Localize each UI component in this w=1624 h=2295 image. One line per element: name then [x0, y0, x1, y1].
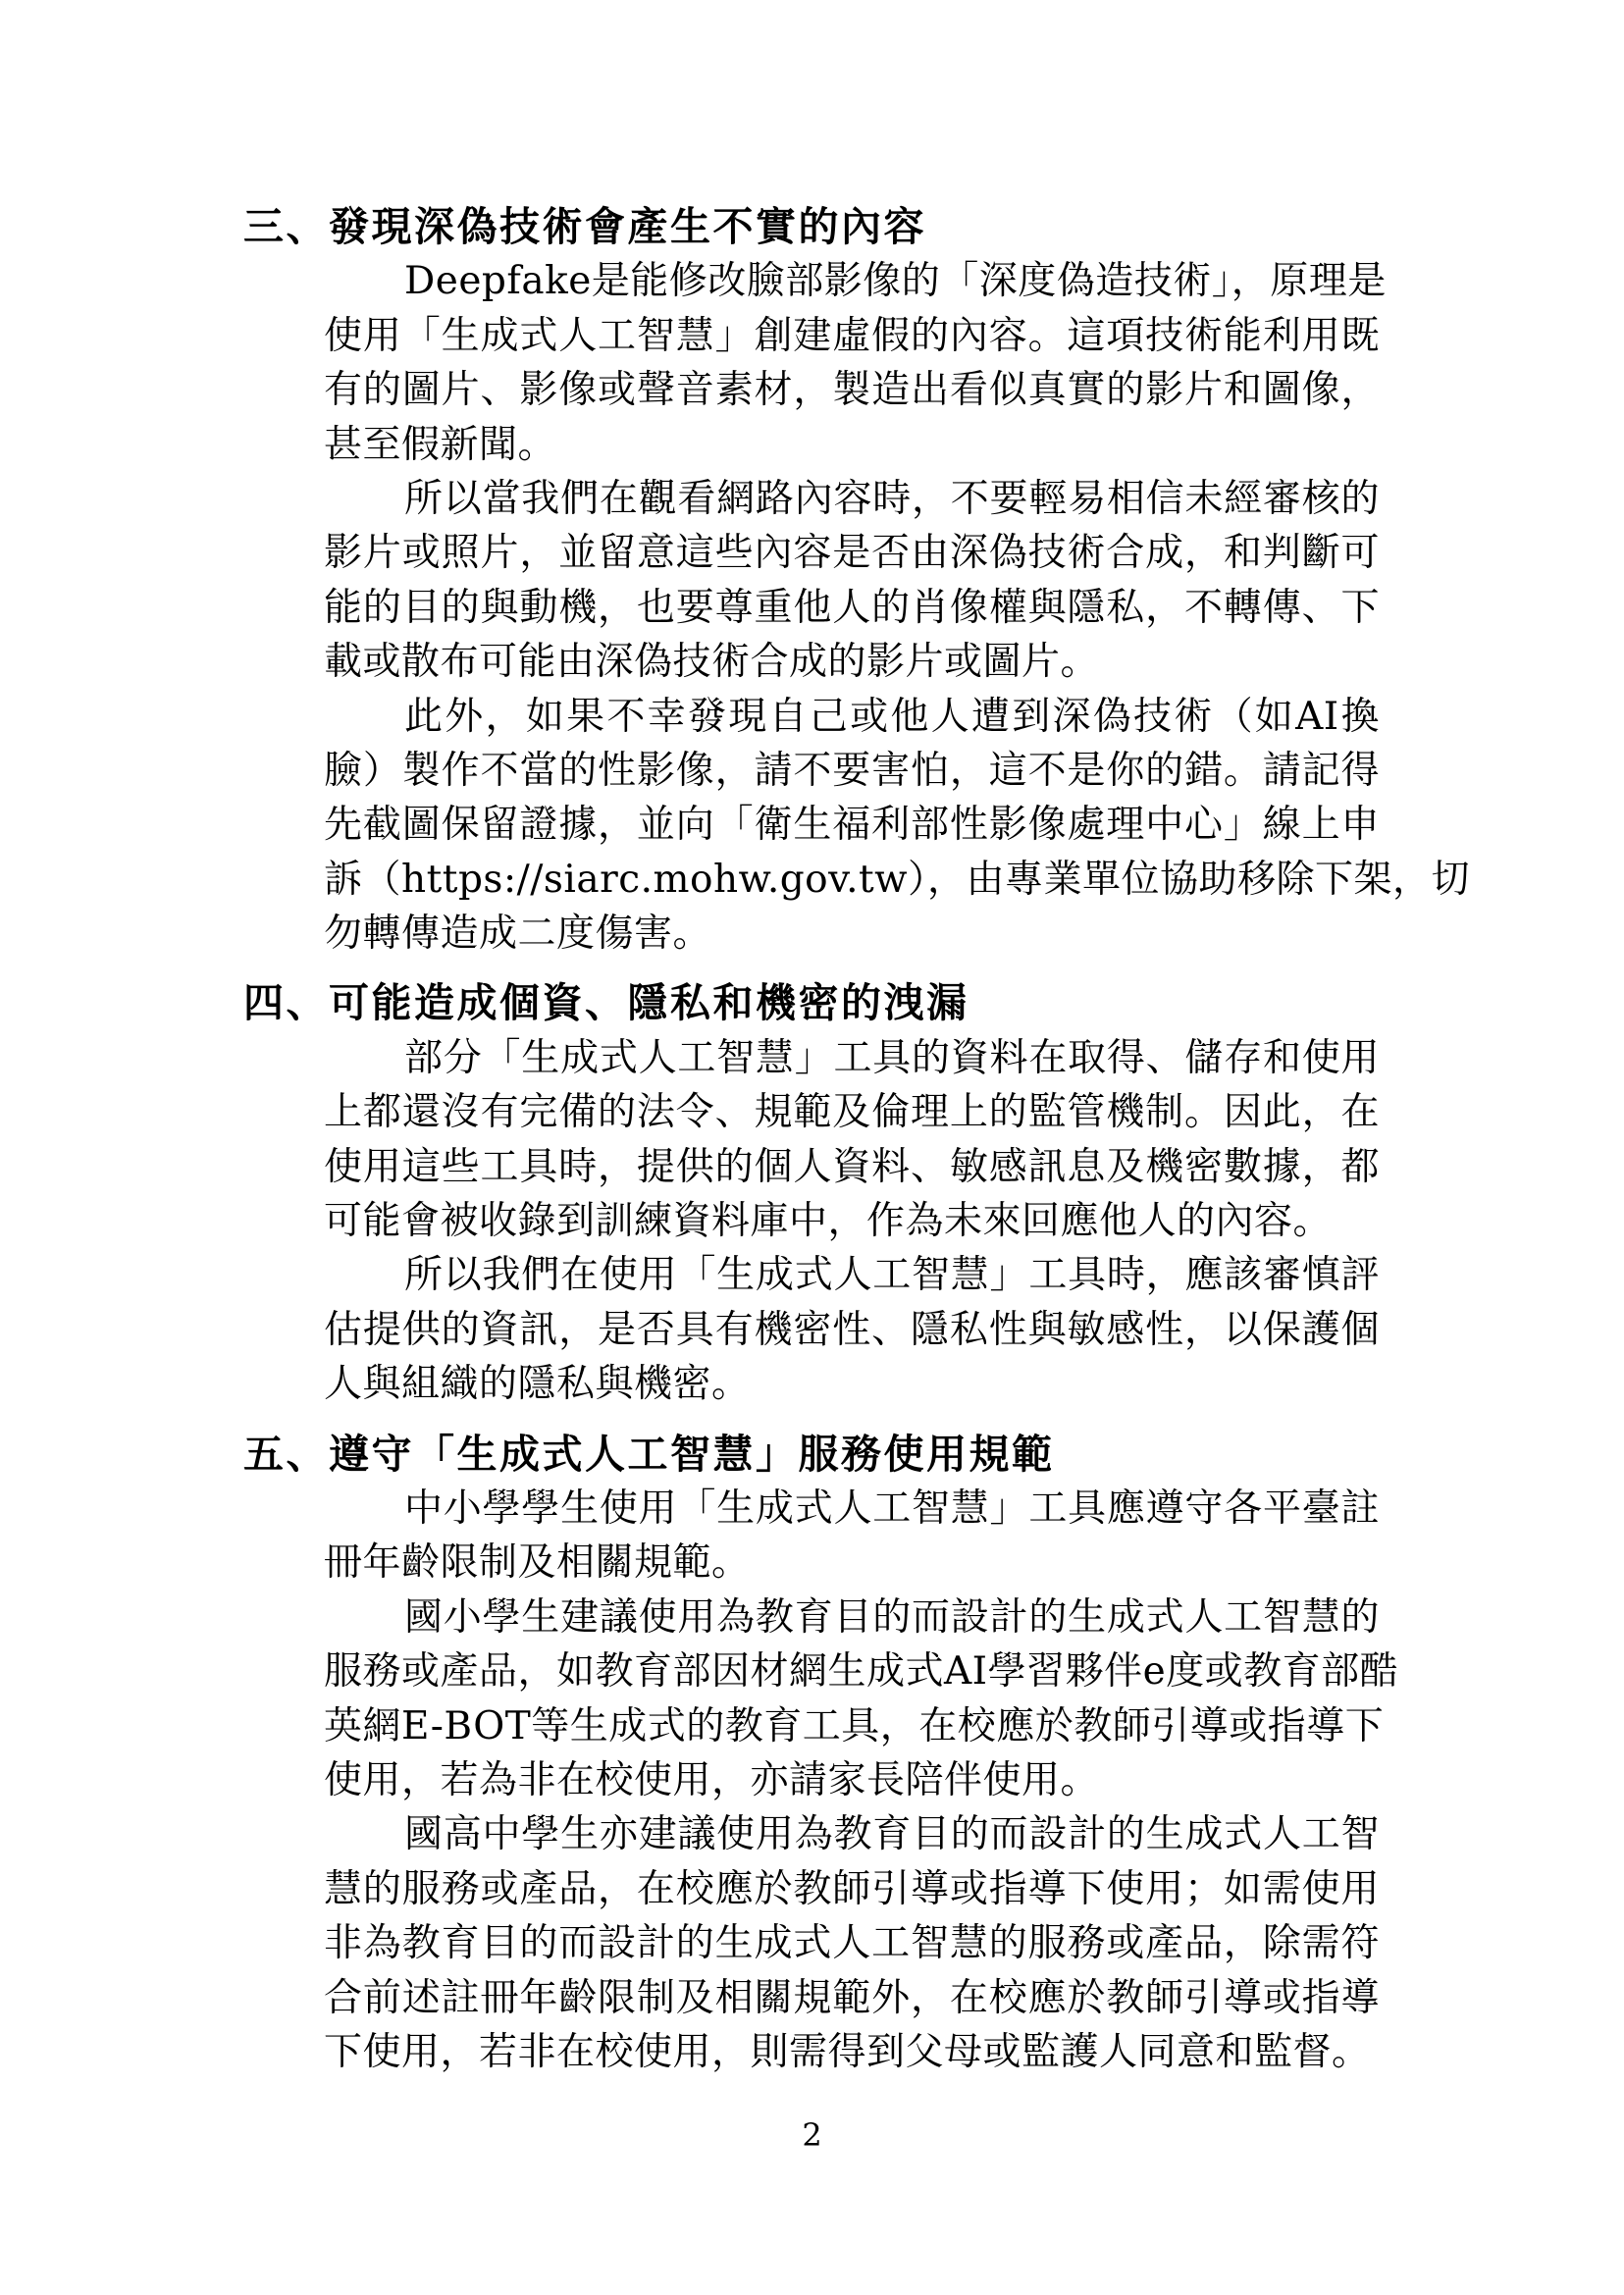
text-line: 使用這些工具時，提供的個人資料、敏感訊息及機密數據，都: [324, 1140, 1380, 1194]
section-heading: 三、發現深偽技術會產生不實的內容: [243, 200, 1391, 254]
text-line: 慧的服務或產品，在校應於教師引導或指導下使用；如需使用: [324, 1862, 1380, 1916]
text-line: 上都還沒有完備的法令、規範及倫理上的監管機制。因此，在: [324, 1085, 1380, 1139]
text-line: Deepfake是能修改臉部影像的「深度偽造技術」，原理是: [324, 254, 1380, 308]
text-line: 國高中學生亦建議使用為教育目的而設計的生成式人工智: [324, 1807, 1380, 1861]
text-line: 中小學學生使用「生成式人工智慧」工具應遵守各平臺註: [324, 1482, 1380, 1536]
section-heading: 五、遵守「生成式人工智慧」服務使用規範: [243, 1428, 1391, 1482]
text-line: 臉）製作不當的性影像，請不要害怕，這不是你的錯。請記得: [324, 744, 1380, 798]
text-line: 影片或照片，並留意這些內容是否由深偽技術合成，和判斷可: [324, 526, 1380, 580]
page-number: 2: [0, 2115, 1624, 2155]
text-line: 英網E-BOT等生成式的教育工具，在校應於教師引導或指導下: [324, 1699, 1380, 1753]
text-line: 部分「生成式人工智慧」工具的資料在取得、儲存和使用: [324, 1031, 1380, 1085]
text-line: 有的圖片、影像或聲音素材，製造出看似真實的影片和圖像，: [324, 363, 1380, 417]
text-line: 估提供的資訊，是否具有機密性、隱私性與敏感性，以保護個: [324, 1303, 1380, 1357]
text-line: 甚至假新聞。: [324, 418, 1380, 472]
text-line: 使用，若為非在校使用，亦請家長陪伴使用。: [324, 1753, 1380, 1807]
text-line: 所以我們在使用「生成式人工智慧」工具時，應該審慎評: [324, 1248, 1380, 1302]
text-line: 能的目的與動機，也要尊重他人的肖像權與隱私，不轉傳、下: [324, 581, 1380, 635]
text-line: 下使用，若非在校使用，則需得到父母或監護人同意和監督。: [324, 2025, 1380, 2079]
text-line: 使用「生成式人工智慧」創建虛假的內容。這項技術能利用既: [324, 309, 1380, 363]
text-line: 冊年齡限制及相關規範。: [324, 1536, 1380, 1590]
text-line: 載或散布可能由深偽技術合成的影片或圖片。: [324, 635, 1380, 689]
text-line: 此外，如果不幸發現自己或他人遭到深偽技術（如AI換: [324, 690, 1380, 744]
text-line: 人與組織的隱私與機密。: [324, 1357, 1380, 1411]
text-line: 合前述註冊年齡限制及相關規範外，在校應於教師引導或指導: [324, 1971, 1380, 2025]
text-line: 可能會被收錄到訓練資料庫中，作為未來回應他人的內容。: [324, 1194, 1380, 1248]
text-line: 國小學生建議使用為教育目的而設計的生成式人工智慧的: [324, 1591, 1380, 1644]
section-heading: 四、可能造成個資、隱私和機密的洩漏: [243, 976, 1391, 1030]
text-line: 訴（https://siarc.mohw.gov.tw），由專業單位協助移除下架…: [324, 853, 1380, 907]
document-page: 三、發現深偽技術會產生不實的內容Deepfake是能修改臉部影像的「深度偽造技術…: [0, 0, 1624, 2295]
document-body: 三、發現深偽技術會產生不實的內容Deepfake是能修改臉部影像的「深度偽造技術…: [243, 200, 1391, 2079]
text-line: 非為教育目的而設計的生成式人工智慧的服務或產品，除需符: [324, 1916, 1380, 1970]
text-line: 先截圖保留證據，並向「衛生福利部性影像處理中心」線上申: [324, 798, 1380, 852]
text-line: 服務或產品，如教育部因材網生成式AI學習夥伴e度或教育部酷: [324, 1644, 1380, 1698]
text-line: 所以當我們在觀看網路內容時，不要輕易相信未經審核的: [324, 472, 1380, 526]
text-line: 勿轉傳造成二度傷害。: [324, 907, 1380, 961]
